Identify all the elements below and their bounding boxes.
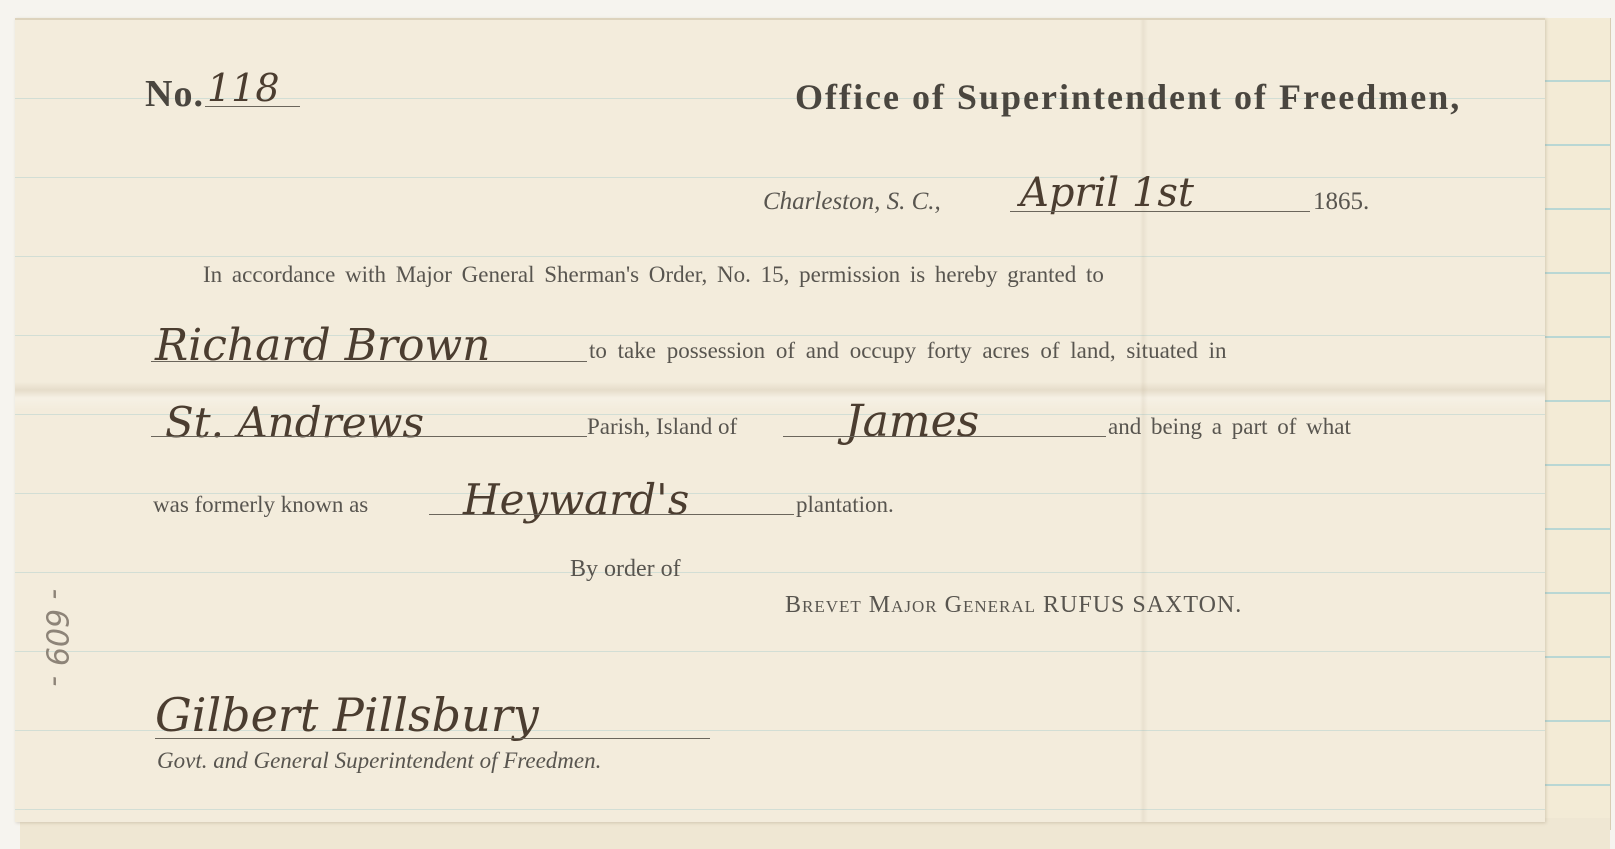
parish-name: St. Andrews xyxy=(165,398,424,447)
by-order-of: By order of xyxy=(570,556,681,583)
body-line-2: to take possession of and occupy forty a… xyxy=(589,338,1227,364)
date-underline xyxy=(1010,211,1310,212)
body-line-1: In accordance with Major General Sherman… xyxy=(203,262,1104,288)
general-name: Brevet Major General RUFUS SAXTON. xyxy=(785,592,1242,619)
office-title: Office of Superintendent of Freedmen, xyxy=(795,76,1461,118)
island-name: James xyxy=(845,396,979,447)
signature-name: Gilbert Pillsbury xyxy=(155,688,539,742)
back-lined-page xyxy=(1540,18,1611,830)
dateline-place: Charleston, S. C., xyxy=(763,188,941,216)
parish-label: Parish, Island of xyxy=(587,414,737,440)
margin-pencil-note: - 609 - xyxy=(38,589,73,687)
body-line-4-prefix: was formerly known as xyxy=(153,492,368,518)
signature-underline xyxy=(155,738,710,739)
island-underline xyxy=(783,436,1106,437)
grantee-underline xyxy=(151,361,587,362)
parish-underline xyxy=(151,436,587,437)
underlying-page-strip xyxy=(20,818,1610,849)
plantation-underline xyxy=(429,514,794,515)
signature-title: Govt. and General Superintendent of Free… xyxy=(157,748,601,774)
number-underline xyxy=(205,106,300,107)
document-number-value: 118 xyxy=(207,66,280,110)
grantee-name: Richard Brown xyxy=(155,320,490,371)
dateline-date: April 1st xyxy=(1020,170,1194,216)
plantation-name: Heyward's xyxy=(463,475,689,524)
body-line-4-suffix: plantation. xyxy=(796,492,894,518)
land-grant-document: No. 118 Office of Superintendent of Free… xyxy=(15,18,1545,822)
body-line-3-tail: and being a part of what xyxy=(1108,414,1351,440)
dateline-year: 1865. xyxy=(1313,188,1369,216)
document-number-label: No. xyxy=(145,72,204,116)
